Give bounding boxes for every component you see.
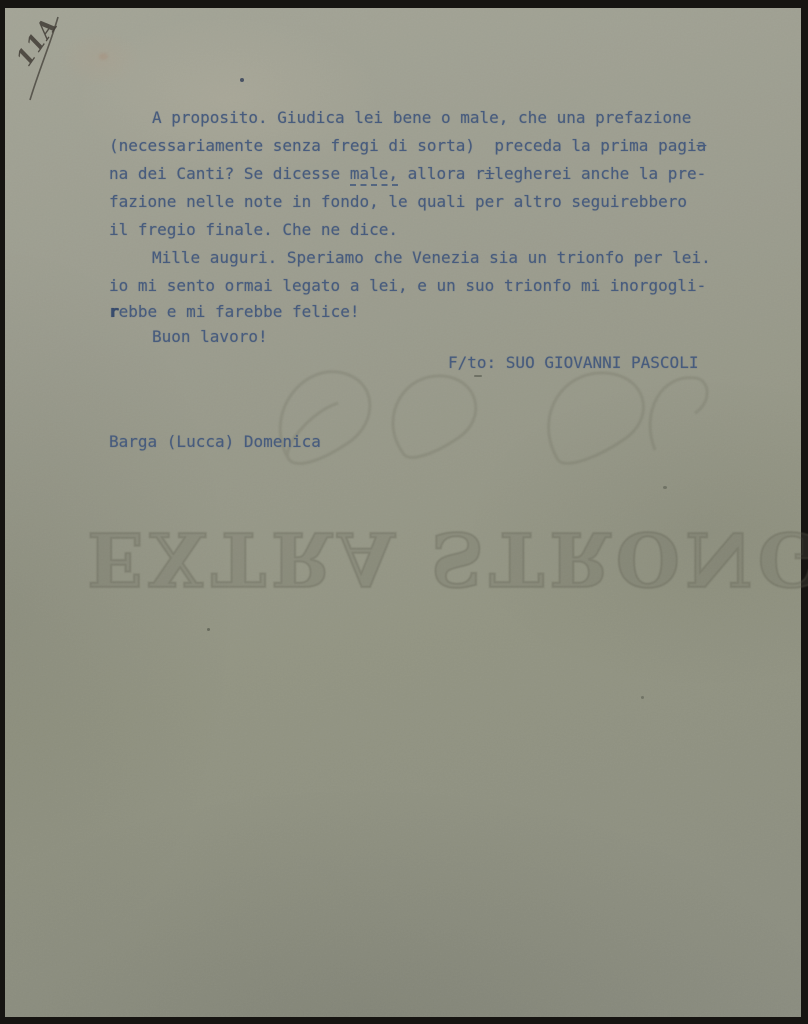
paper-grain-texture <box>5 8 801 1017</box>
letter-page: EXTRA STRONG 11A A proposito. Giudica le… <box>5 8 801 1017</box>
scan-background: { "colors":{ "scan_background":"#161411"… <box>0 0 808 1024</box>
